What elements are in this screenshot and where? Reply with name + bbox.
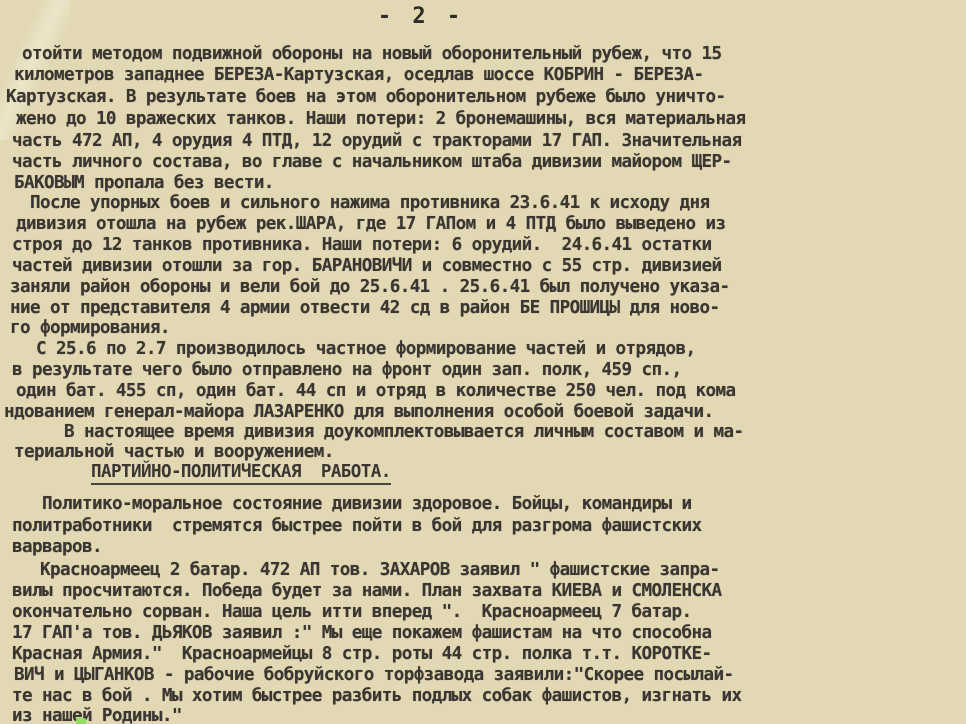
text-line: После упорных боев и сильного нажима про… <box>30 193 709 213</box>
text-line: ние от представителя 4 армии отвести 42 … <box>10 298 719 318</box>
text-line: часть личного состава, во главе с началь… <box>12 152 731 172</box>
text-line: вилы просчитаются. Победа будет за нами.… <box>12 581 721 601</box>
text-line: Картузская. В результате боев на этом об… <box>6 87 725 107</box>
text-line: Политико-моральное состояние дивизии здо… <box>42 494 692 514</box>
text-line: Красная Армия." Красноармейцы 8 стр. рот… <box>12 644 711 664</box>
text-line: В настоящее время дивизия доукомплектовы… <box>64 422 743 442</box>
section-heading: ПАРТИЙНО-ПОЛИТИЧЕСКАЯ РАБОТА. <box>91 462 391 485</box>
page-number: - 2 - <box>366 4 476 29</box>
text-line: дивизия отошла на рубеж рек.ШАРА, где 17… <box>16 214 725 234</box>
text-line: 17 ГАП'а тов. ДЬЯКОВ заявил :" Мы еще по… <box>12 623 721 643</box>
text-line: отойти методом подвижной обороны на новы… <box>22 44 721 64</box>
text-line: ВИЧ и ЦЫГАНКОВ - рабочие бобруйского тор… <box>14 665 733 685</box>
text-line: один бат. 455 сп, один бат. 44 сп и отря… <box>16 381 735 401</box>
text-line: Красноармеец 2 батар. 472 АП тов. ЗАХАРО… <box>40 560 719 580</box>
text-line: С 25.6 по 2.7 производилось частное форм… <box>36 339 696 359</box>
text-line: окончательно сорван. Наша цель итти впер… <box>12 602 691 622</box>
text-line: частей дивизии отошли за гор. БАРАНОВИЧИ… <box>12 256 721 276</box>
text-line: териальной частью и вооружением. <box>14 442 334 462</box>
text-line: из нашей Родины." <box>12 706 182 724</box>
text-line: те нас в бой . Мы хотим быстрее разбить … <box>12 686 741 706</box>
document-page: - 2 - отойти методом подвижной обороны н… <box>0 0 966 724</box>
green-marker-mark <box>76 718 86 724</box>
text-line: жено до 10 вражеских танков. Наши потери… <box>16 109 745 129</box>
text-line: ндованием генерал-майора ЛАЗАРЕНКО для в… <box>4 402 713 422</box>
text-line: строя до 12 танков противника. Наши поте… <box>12 235 711 255</box>
text-line: заняли район обороны и вели бой до 25.6.… <box>10 277 729 297</box>
text-line: километров западнее БЕРЕЗА-Картузская, о… <box>14 65 703 85</box>
text-line: БАКОВЫМ пропала без вести. <box>14 173 274 193</box>
text-line: варваров. <box>12 537 102 557</box>
text-line: в результате чего было отправлено на фро… <box>12 360 682 380</box>
text-line: политработники стремятся быстрее пойти в… <box>12 516 701 536</box>
text-line: го формирования. <box>10 318 170 338</box>
text-line: часть 472 АП, 4 орудия 4 ПТД, 12 орудий … <box>12 131 741 151</box>
